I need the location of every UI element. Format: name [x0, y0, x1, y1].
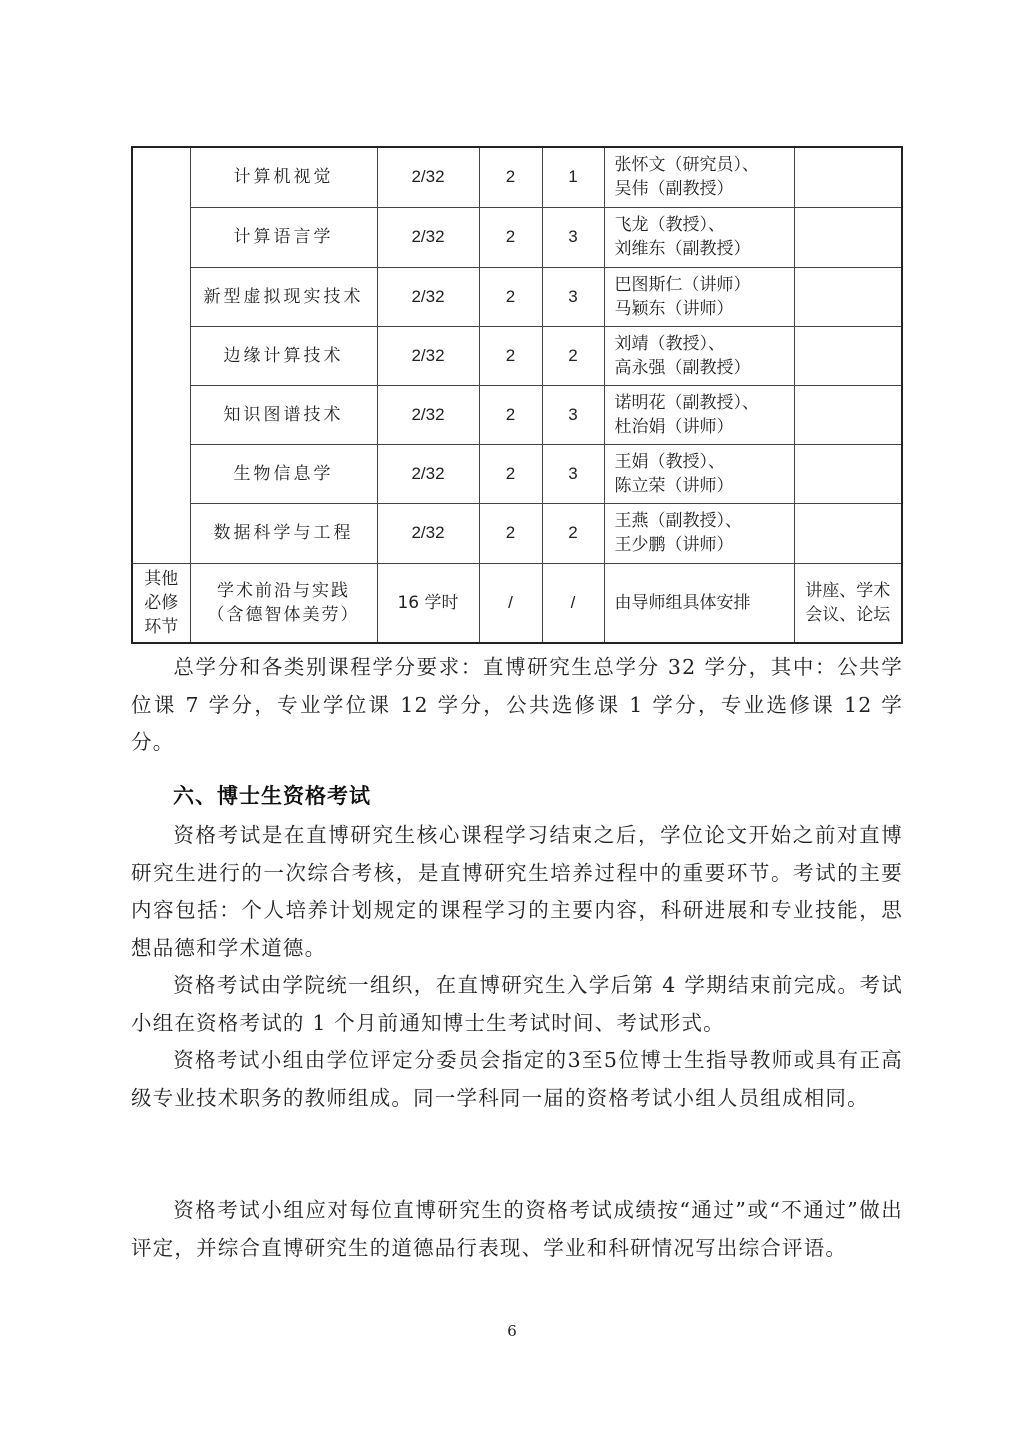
hours-cell: 16 学时 — [377, 563, 479, 643]
credits-cell: 2 — [479, 326, 542, 385]
course-name: 计算语言学 — [190, 207, 377, 267]
table-row: 生物信息学 2/32 2 3 王娟（教授）、陈立荣（讲师） — [132, 444, 902, 503]
teacher-line: 王少鹏（讲师） — [615, 533, 794, 557]
semester-cell: 3 — [542, 444, 604, 503]
paragraph-text: 资格考试小组应对每位直博研究生的资格考试成绩按“通过”或“不通过”做出评定，并综… — [131, 1198, 903, 1260]
course-name: 数据科学与工程 — [190, 503, 377, 563]
course-name: 新型虚拟现实技术 — [190, 267, 377, 326]
teacher-line: 刘靖（教授）、 — [615, 332, 794, 356]
table-row: 计算机视觉 2/32 2 1 张怀文（研究员）、吴伟（副教授） — [132, 147, 902, 207]
teacher-line: 马颖东（讲师） — [615, 297, 794, 321]
paragraph-text: 资格考试由学院统一组织，在直博研究生入学后第 4 学期结束前完成。考试小组在资格… — [131, 973, 903, 1035]
semester-cell: 2 — [542, 503, 604, 563]
paragraph-2: 资格考试由学院统一组织，在直博研究生入学后第 4 学期结束前完成。考试小组在资格… — [131, 967, 903, 1042]
paragraph-text: 总学分和各类别课程学分要求：直博研究生总学分 32 学分，其中：公共学位课 7 … — [131, 655, 903, 754]
note-cell: 讲座、学术 会议、论坛 — [794, 563, 902, 643]
teacher-cell: 张怀文（研究员）、吴伟（副教授） — [604, 147, 794, 207]
table-row-other: 其他 必修 环节 学术前沿与实践 （含德智体美劳） 16 学时 / / 由导师组… — [132, 563, 902, 643]
credits-cell: 2 — [479, 385, 542, 444]
semester-cell: 2 — [542, 326, 604, 385]
hours-cell: 2/32 — [377, 147, 479, 207]
note-cell — [794, 147, 902, 207]
note-cell — [794, 326, 902, 385]
teacher-line: 吴伟（副教授） — [615, 177, 794, 201]
teacher-line: 王燕（副教授）、 — [615, 509, 794, 533]
teacher-line: 高永强（副教授） — [615, 356, 794, 380]
credits-cell: 2 — [479, 147, 542, 207]
paragraph-3: 资格考试小组由学位评定分委员会指定的3至5位博士生指导教师或具有正高级专业技术职… — [131, 1042, 903, 1117]
table-row: 计算语言学 2/32 2 3 飞龙（教授）、刘维东（副教授） — [132, 207, 902, 267]
teacher-cell: 巴图斯仁（讲师）马颖东（讲师） — [604, 267, 794, 326]
teacher-cell: 飞龙（教授）、刘维东（副教授） — [604, 207, 794, 267]
teacher-cell: 王燕（副教授）、王少鹏（讲师） — [604, 503, 794, 563]
semester-cell: 3 — [542, 267, 604, 326]
note-cell — [794, 207, 902, 267]
course-table: 计算机视觉 2/32 2 1 张怀文（研究员）、吴伟（副教授） 计算语言学 2/… — [131, 146, 903, 644]
teacher-cell: 刘靖（教授）、高永强（副教授） — [604, 326, 794, 385]
note-line: 讲座、学术 — [795, 579, 902, 603]
hours-cell: 2/32 — [377, 326, 479, 385]
credits-cell: / — [479, 563, 542, 643]
semester-cell: 1 — [542, 147, 604, 207]
semester-cell: 3 — [542, 385, 604, 444]
teacher-cell: 由导师组具体安排 — [604, 563, 794, 643]
credits-cell: 2 — [479, 444, 542, 503]
category-line: 环节 — [133, 615, 190, 639]
teacher-cell: 王娟（教授）、陈立荣（讲师） — [604, 444, 794, 503]
teacher-line: 张怀文（研究员）、 — [615, 153, 794, 177]
table-row: 数据科学与工程 2/32 2 2 王燕（副教授）、王少鹏（讲师） — [132, 503, 902, 563]
teacher-line: 巴图斯仁（讲师） — [615, 273, 794, 297]
paragraph-1: 资格考试是在直博研究生核心课程学习结束之后，学位论文开始之前对直博研究生进行的一… — [131, 817, 903, 967]
credits-cell: 2 — [479, 207, 542, 267]
course-line: 学术前沿与实践 — [191, 579, 377, 603]
document-page: 计算机视觉 2/32 2 1 张怀文（研究员）、吴伟（副教授） 计算语言学 2/… — [0, 0, 1024, 1448]
category-cell: 其他 必修 环节 — [132, 563, 190, 643]
course-name: 生物信息学 — [190, 444, 377, 503]
category-cell — [132, 147, 190, 563]
paragraph-text: 资格考试是在直博研究生核心课程学习结束之后，学位论文开始之前对直博研究生进行的一… — [131, 823, 903, 960]
table-row: 边缘计算技术 2/32 2 2 刘靖（教授）、高永强（副教授） — [132, 326, 902, 385]
teacher-line: 飞龙（教授）、 — [615, 213, 794, 237]
teacher-line: 诺明花（副教授）、 — [615, 391, 794, 415]
note-cell — [794, 267, 902, 326]
hours-cell: 2/32 — [377, 503, 479, 563]
credit-requirement-paragraph: 总学分和各类别课程学分要求：直博研究生总学分 32 学分，其中：公共学位课 7 … — [131, 649, 903, 762]
hours-cell: 2/32 — [377, 385, 479, 444]
teacher-line: 杜治娟（讲师） — [615, 415, 794, 439]
category-line: 其他 — [133, 567, 190, 591]
teacher-line: 王娟（教授）、 — [615, 450, 794, 474]
teacher-cell: 诺明花（副教授）、杜治娟（讲师） — [604, 385, 794, 444]
hours-cell: 2/32 — [377, 207, 479, 267]
note-cell — [794, 503, 902, 563]
paragraph-4: 资格考试小组应对每位直博研究生的资格考试成绩按“通过”或“不通过”做出评定，并综… — [131, 1192, 903, 1267]
note-cell — [794, 385, 902, 444]
table-row: 新型虚拟现实技术 2/32 2 3 巴图斯仁（讲师）马颖东（讲师） — [132, 267, 902, 326]
course-line: （含德智体美劳） — [191, 603, 377, 627]
paragraph-text: 资格考试小组由学位评定分委员会指定的3至5位博士生指导教师或具有正高级专业技术职… — [131, 1048, 903, 1110]
hours-cell: 2/32 — [377, 444, 479, 503]
teacher-line: 刘维东（副教授） — [615, 237, 794, 261]
table-row: 知识图谱技术 2/32 2 3 诺明花（副教授）、杜治娟（讲师） — [132, 385, 902, 444]
course-name: 知识图谱技术 — [190, 385, 377, 444]
note-line: 会议、论坛 — [795, 603, 902, 627]
teacher-line: 陈立荣（讲师） — [615, 474, 794, 498]
page-number: 6 — [0, 1322, 1024, 1340]
note-cell — [794, 444, 902, 503]
section-heading: 六、博士生资格考试 — [173, 780, 371, 810]
credits-cell: 2 — [479, 503, 542, 563]
course-name: 边缘计算技术 — [190, 326, 377, 385]
course-name: 学术前沿与实践 （含德智体美劳） — [190, 563, 377, 643]
course-name: 计算机视觉 — [190, 147, 377, 207]
semester-cell: 3 — [542, 207, 604, 267]
hours-cell: 2/32 — [377, 267, 479, 326]
category-line: 必修 — [133, 591, 190, 615]
credits-cell: 2 — [479, 267, 542, 326]
semester-cell: / — [542, 563, 604, 643]
